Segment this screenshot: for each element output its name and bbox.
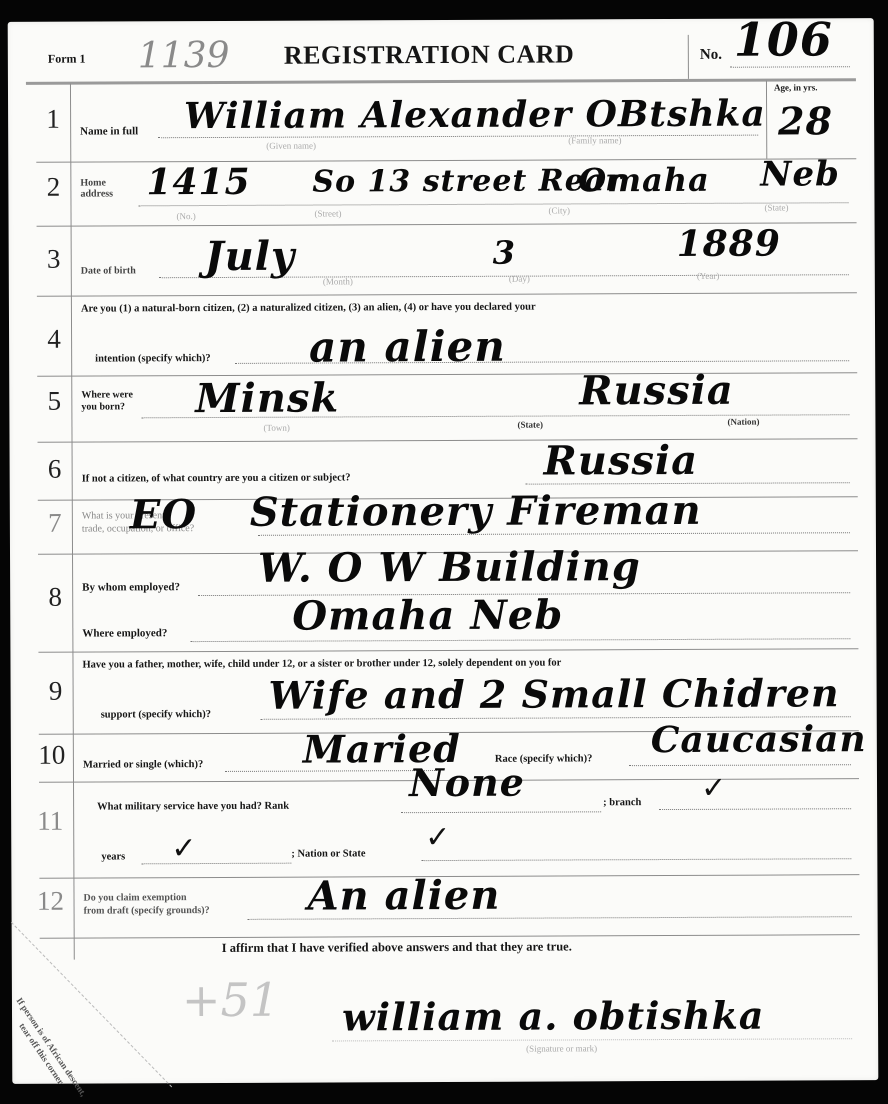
country-question: If not a citizen, of what country are yo… [82,472,351,484]
citizenship-question: Are you (1) a natural-born citizen, (2) … [81,302,536,315]
birthplace-label: Where were you born? [81,389,133,413]
birth-date-label: Date of birth [81,265,136,276]
caption-birth-state: (State) [517,420,543,430]
age-label: Age, in yrs. [774,82,818,92]
address-city-value: Omaha [578,161,710,200]
work-location-label: Where employed? [82,627,167,639]
row-number-2: 2 [38,172,68,203]
row-number-4: 4 [39,324,69,355]
work-location-value: Omaha Neb [292,591,563,639]
birthplace-label-line2: you born? [81,401,133,413]
birth-nation-value: Russia [579,367,734,415]
dependents-question: Have you a father, mother, wife, child u… [82,657,561,670]
birth-year-value: 1889 [677,223,781,265]
caption-city: (City) [548,205,570,215]
address-state-value: Neb [760,154,840,194]
exemption-value: An alien [307,872,500,920]
birthplace-label-line1: Where were [81,389,133,401]
name-label: Name in full [80,125,138,137]
card-title: REGISTRATION CARD [284,39,575,70]
birth-town-value: Minsk [195,374,339,422]
dependents-question-line2: support (specify which)? [101,709,211,720]
military-branch-label: ; branch [603,797,641,808]
address-street-value: So 13 street Rear [312,163,622,199]
caption-given-name: (Given name) [266,141,316,151]
birth-month-value: July [205,233,296,280]
caption-month: (Month) [323,276,353,286]
employer-value: W. O W Building [258,543,641,592]
race-value: Caucasian [651,718,867,761]
address-number-value: 1415 [146,161,250,203]
employer-label: By whom employed? [82,581,180,593]
exemption-label-line1: Do you claim exemption [83,891,209,905]
citizenship-question-line2: intention (specify which)? [95,353,211,365]
card-number-value: 106 [734,12,833,66]
marital-status-label: Married or single (which)? [83,759,203,771]
caption-day: (Day) [509,274,530,284]
row-number-10: 10 [37,740,67,771]
exemption-label: Do you claim exemption from draft (speci… [83,891,209,918]
citizenship-value: an alien [309,322,506,372]
caption-address-no: (No.) [177,211,196,221]
row-number-7: 7 [40,508,70,539]
occupation-prefix-mark: EO [130,491,198,538]
caption-state: (State) [764,202,788,212]
row-number-6: 6 [40,454,70,485]
signature-caption: (Signature or mark) [526,1043,597,1053]
caption-street: (Street) [315,208,342,218]
occupation-value: Stationery Fireman [250,487,702,536]
caption-nation: (Nation) [727,417,759,427]
row-number-8: 8 [40,582,70,613]
corner-note: If person is of African descent, tear of… [0,990,93,1104]
country-value: Russia [544,437,699,485]
name-value: William Alexander OBtshka [184,93,766,138]
pencil-serial: 1139 [138,35,230,76]
row-number-11: 11 [35,806,65,837]
home-label-line2: address [80,188,113,199]
signature: william a. obtishka [342,993,765,1040]
military-years-check: ✓ [171,831,196,866]
birth-day-value: 3 [493,234,516,272]
caption-town: (Town) [263,423,289,433]
home-label-line1: Home [80,177,113,188]
row-number-3: 3 [39,244,69,275]
military-nation-label: ; Nation or State [291,848,365,859]
row-number-1: 1 [38,104,68,135]
registration-card: Form 1 1139 REGISTRATION CARD No. 106 1 … [8,18,879,1084]
military-branch-check: ✓ [701,771,726,806]
corner-tear-line [11,922,172,1087]
card-number-label: No. [700,47,722,64]
military-nation-check: ✓ [425,820,450,855]
caption-year: (Year) [697,271,720,281]
form-label: Form 1 [48,52,86,67]
military-rank-value: None [409,760,525,806]
row-number-5: 5 [39,386,69,417]
age-value: 28 [778,98,833,143]
caption-family-name: (Family name) [568,135,621,145]
home-address-label: Home address [80,177,113,199]
affirmation-text: I affirm that I have verified above answ… [222,939,572,956]
row-number-12: 12 [35,886,65,917]
dependents-value: Wife and 2 Small Chidren [269,670,840,717]
row-number-9: 9 [41,676,71,707]
pencil-note: +51 [182,973,279,1027]
military-years-label: years [101,851,125,862]
military-service-question: What military service have you had? Rank [97,801,289,813]
exemption-label-line2: from draft (specify grounds)? [84,904,210,918]
